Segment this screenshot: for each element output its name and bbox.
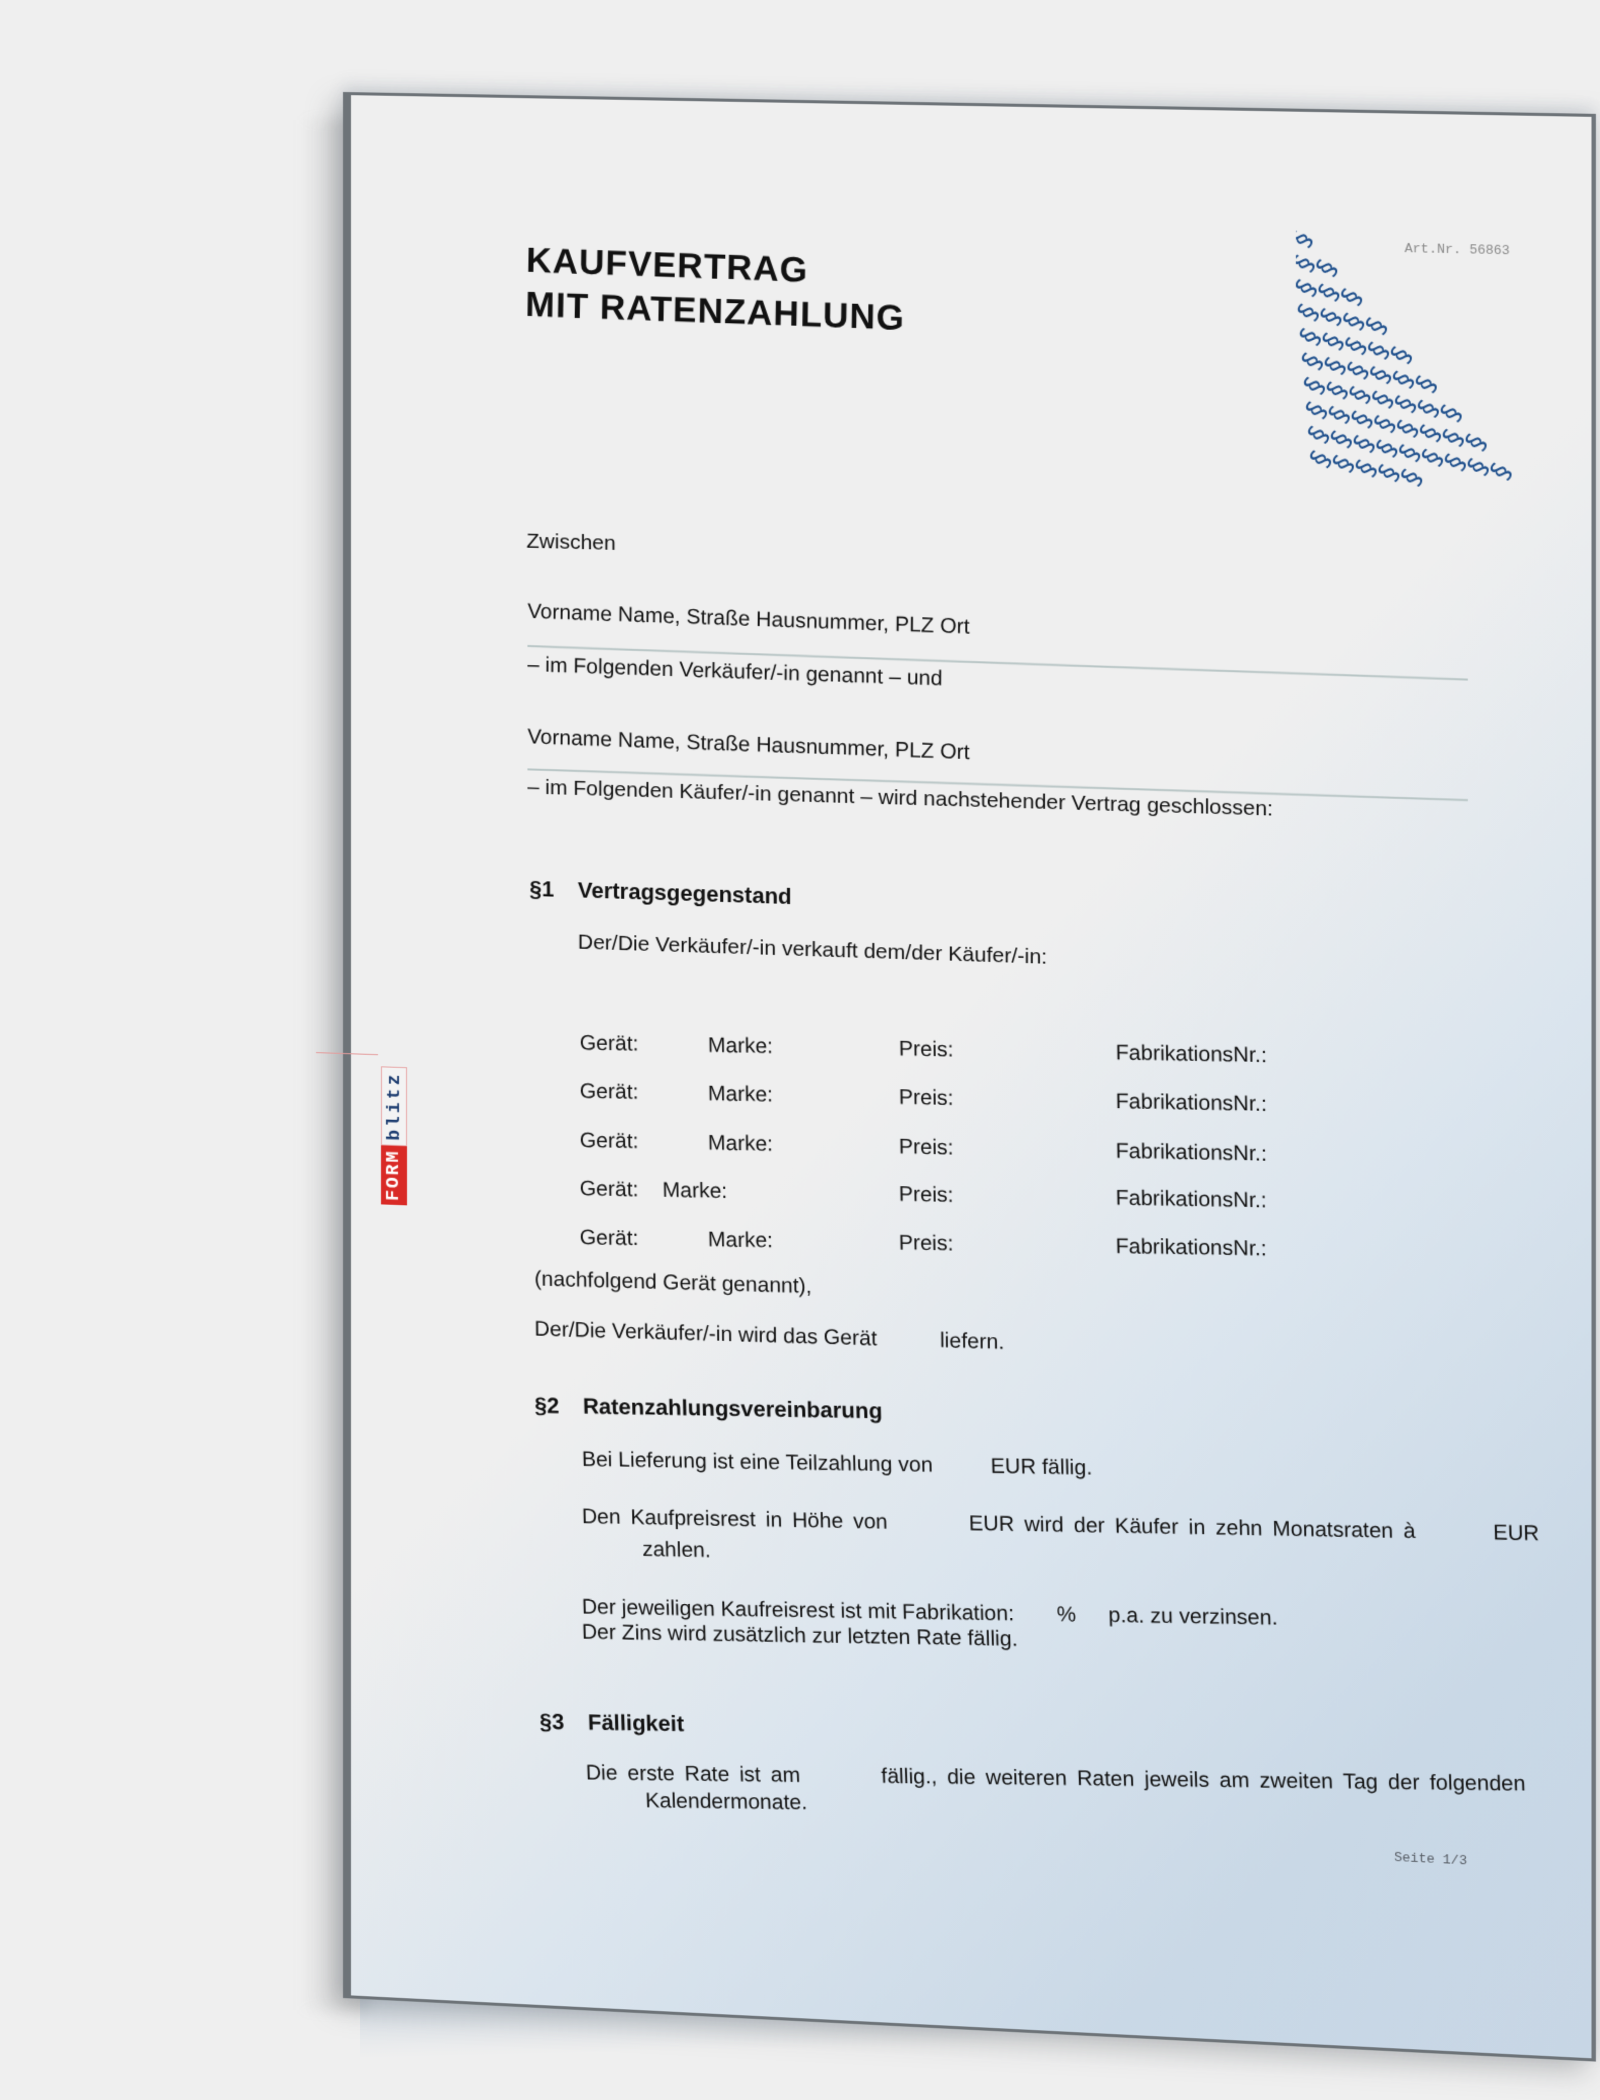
device-label: Gerät: [579, 1226, 638, 1251]
table-row: Gerät:Marke:Preis:FabrikationsNr.: [351, 1075, 1472, 1127]
document-title: KAUFVERTRAG MIT RATENZAHLUNG [525, 239, 906, 341]
serial-number-label: FabrikationsNr.: [1115, 1235, 1267, 1262]
section-1-intro: Der/Die Verkäufer/-in verkauft dem/der K… [578, 931, 1047, 970]
remaining-price-clause: Den Kaufpreisrest in Höhe von EUR wird d… [582, 1505, 1540, 1546]
price-label: Preis: [899, 1086, 954, 1111]
remaining-price-text-1: Den Kaufpreisrest in Höhe von [582, 1505, 888, 1534]
first-rate-date-field[interactable] [810, 1782, 871, 1783]
seller-address-field[interactable]: Vorname Name, Straße Hausnummer, PLZ Ort [527, 600, 970, 640]
monthly-rate-amount-field[interactable] [1426, 1538, 1483, 1539]
svg-text:§: § [1310, 255, 1344, 282]
section-1-number: §1 [529, 876, 577, 904]
due-date-text-2: fällig., die weiteren Raten jeweils am z… [881, 1765, 1526, 1796]
delivery-blank-field[interactable] [883, 1345, 934, 1346]
intro-text: Zwischen [526, 530, 615, 556]
section-1-title: Vertragsgegenstand [578, 877, 792, 909]
formblitz-logo: FORMblitz [381, 1054, 407, 1205]
table-row: Gerät:Marke:Preis:FabrikationsNr.: [351, 1173, 1472, 1223]
remaining-price-continuation: zahlen. [642, 1538, 711, 1563]
table-row: Gerät:Marke:Preis:FabrikationsNr.: [351, 1124, 1472, 1177]
device-label: Gerät: [580, 1031, 639, 1056]
brand-label: Marke: [708, 1034, 773, 1059]
due-date-continuation: Kalendermonate. [645, 1789, 808, 1815]
svg-text:§: § [1435, 400, 1469, 427]
device-label: Gerät: [580, 1080, 639, 1105]
partial-payment-text-1: Bei Lieferung ist eine Teilzahlung von [582, 1448, 934, 1477]
price-label: Preis: [899, 1183, 954, 1208]
svg-text:§: § [1485, 458, 1519, 485]
due-date-text-1: Die erste Rate ist am [585, 1761, 800, 1787]
price-label: Preis: [898, 1231, 953, 1256]
price-label: Preis: [899, 1037, 954, 1062]
section-3-number: §3 [539, 1709, 588, 1736]
svg-text:§: § [1335, 284, 1369, 311]
brand-label: Marke: [708, 1131, 773, 1156]
buyer-address-field[interactable]: Vorname Name, Straße Hausnummer, PLZ Ort [527, 725, 970, 765]
section-2-number: §2 [534, 1393, 583, 1420]
interest-text-2: p.a. zu verzinsen. [1108, 1604, 1278, 1630]
partial-payment-text-2: EUR fällig. [990, 1455, 1092, 1480]
serial-number-label: FabrikationsNr.: [1115, 1041, 1267, 1068]
svg-text:§: § [1360, 313, 1394, 340]
svg-text:§: § [1460, 429, 1494, 456]
section-2-heading: §2Ratenzahlungsvereinbarung [534, 1393, 883, 1425]
svg-text:§: § [1385, 342, 1419, 369]
serial-number-label: FabrikationsNr.: [1115, 1186, 1267, 1213]
interest-percent-sign: % [1056, 1603, 1076, 1627]
svg-text:§: § [1410, 371, 1444, 398]
partial-payment-clause: Bei Lieferung ist eine Teilzahlung von E… [582, 1448, 1093, 1481]
device-list: Gerät:Marke:Preis:FabrikationsNr.:Gerät:… [351, 95, 1592, 117]
logo-form-text: FORM [381, 1145, 407, 1205]
delivery-text-1: Der/Die Verkäufer/-in wird das Gerät [534, 1317, 877, 1350]
svg-text:§: § [1395, 464, 1429, 491]
document-preview: KAUFVERTRAG MIT RATENZAHLUNG Art.Nr. 568… [0, 0, 1600, 2100]
remaining-price-text-2: EUR wird der Käufer in zehn Monatsraten … [969, 1512, 1416, 1543]
section-1-heading: §1Vertragsgegenstand [529, 876, 791, 910]
remaining-price-amount-field[interactable] [898, 1529, 959, 1530]
section-3-title: Fälligkeit [587, 1710, 684, 1737]
section-2-title: Ratenzahlungsvereinbarung [582, 1393, 882, 1423]
page-indicator: Seite 1/3 [1394, 1850, 1467, 1869]
brand-label: Marke: [708, 1228, 774, 1253]
delivery-clause: Der/Die Verkäufer/-in wird das Gerät lie… [534, 1317, 1004, 1355]
brand-label: Marke: [708, 1082, 773, 1107]
delivery-text-2: liefern. [940, 1329, 1005, 1354]
serial-number-label: FabrikationsNr.: [1115, 1139, 1267, 1166]
device-designation-note: (nachfolgend Gerät genannt), [534, 1267, 812, 1299]
device-label: Gerät: [580, 1129, 639, 1154]
logo-blitz-text: blitz [381, 1066, 407, 1146]
svg-text:§: § [1296, 226, 1319, 253]
device-label: Gerät: [579, 1177, 638, 1202]
partial-payment-amount-field[interactable] [939, 1472, 985, 1473]
table-row: Gerät:Marke:Preis:FabrikationsNr.: [351, 1027, 1472, 1078]
brand-label: Marke: [662, 1179, 727, 1204]
table-row: Gerät:Marke:Preis:FabrikationsNr.: [351, 1222, 1472, 1271]
section-3-heading: §3Fälligkeit [539, 1709, 684, 1737]
remaining-price-text-3: EUR [1493, 1521, 1540, 1545]
document-page: KAUFVERTRAG MIT RATENZAHLUNG Art.Nr. 568… [343, 92, 1596, 2062]
paragraph-pattern-icon: §§§§§§§§§§§§§§§§§§§§§§§§§§§§§§§§§§§§§§§§… [1296, 218, 1545, 498]
serial-number-label: FabrikationsNr.: [1115, 1090, 1267, 1117]
price-label: Preis: [899, 1135, 954, 1160]
